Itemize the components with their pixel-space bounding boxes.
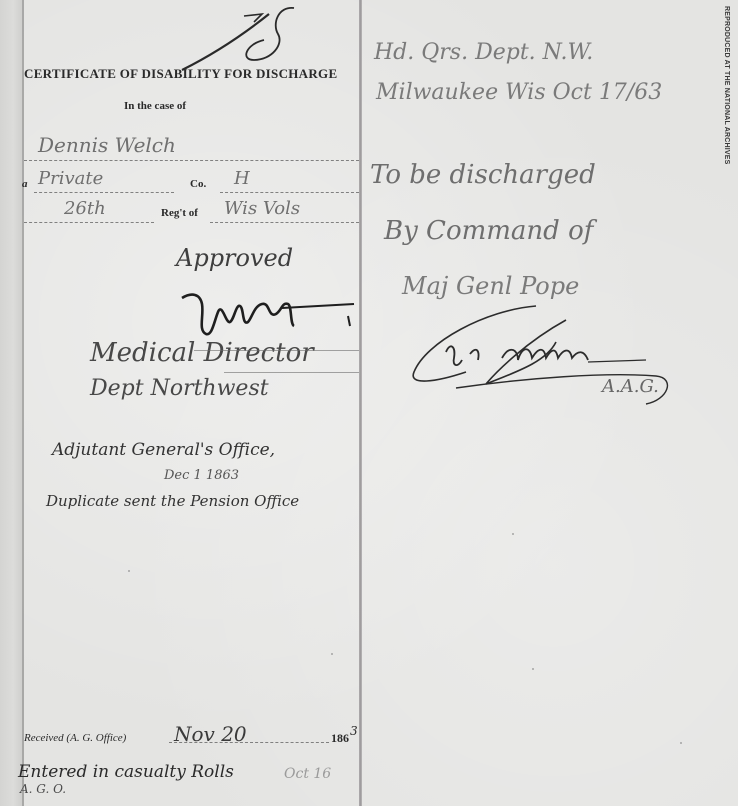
endorsement-line5: Maj Genl Pope [402,272,579,300]
ago-stamp-line3: Duplicate sent the Pension Office [46,492,299,510]
prefix-a: a [22,178,28,190]
left-margin-strip [0,0,22,806]
endorsement-line4: By Command of [384,216,593,246]
endorsement-line3: To be discharged [370,160,596,190]
paper-speck [512,533,514,535]
footer-note-line1: Entered in casualty Rolls [18,762,234,782]
regiment-state-line [210,222,359,223]
regiment-state: Wis Vols [224,198,300,219]
ago-stamp-date: Dec 1 1863 [164,468,239,483]
regiment-label: Reg't of [161,207,198,219]
received-label: Received (A. G. Office) [24,732,126,744]
archive-stamp: REPRODUCED AT THE NATIONAL ARCHIVES [723,6,730,165]
received-date-line [169,742,329,743]
paper-speck [680,742,682,744]
received-year-suffix: 3 [350,724,358,738]
title-rule-1 [194,350,359,351]
company-letter: H [234,168,250,189]
soldier-name: Dennis Welch [38,133,176,157]
footer-note-faint: Oct 16 [284,766,331,782]
paper-speck [128,570,130,572]
rank-line [34,192,174,193]
company-line [220,192,359,193]
title-rule-2 [224,372,359,373]
company-label: Co. [190,178,206,190]
paper-speck [532,668,534,670]
endorsement-panel: Hd. Qrs. Dept. N.W. Milwaukee Wis Oct 17… [362,0,738,806]
approver-title-line1: Medical Director [90,338,314,368]
ago-stamp-line1: Adjutant General's Office, [52,440,275,460]
endorsement-line1: Hd. Qrs. Dept. N.W. [374,40,593,65]
certificate-subtitle: In the case of [124,100,186,112]
name-line [24,160,359,161]
endorsement-line2: Milwaukee Wis Oct 17/63 [376,80,662,105]
paper-speck [331,653,333,655]
soldier-rank: Private [38,168,103,189]
aag-title: A.A.G. [602,376,659,397]
footer-note-line2: A. G. O. [20,782,66,796]
certificate-title: CERTIFICATE OF DISABILITY FOR DISCHARGE [24,66,364,82]
regiment-number: 26th [64,198,106,219]
document-page: 78 CERTIFICATE OF DISABILITY FOR DISCHAR… [0,0,738,806]
received-year-prefix: 186 [331,731,349,746]
certificate-panel: 78 CERTIFICATE OF DISABILITY FOR DISCHAR… [24,0,359,806]
approval-text: Approved [176,244,293,272]
approver-title-line2: Dept Northwest [90,376,269,401]
regiment-number-line [24,222,154,223]
